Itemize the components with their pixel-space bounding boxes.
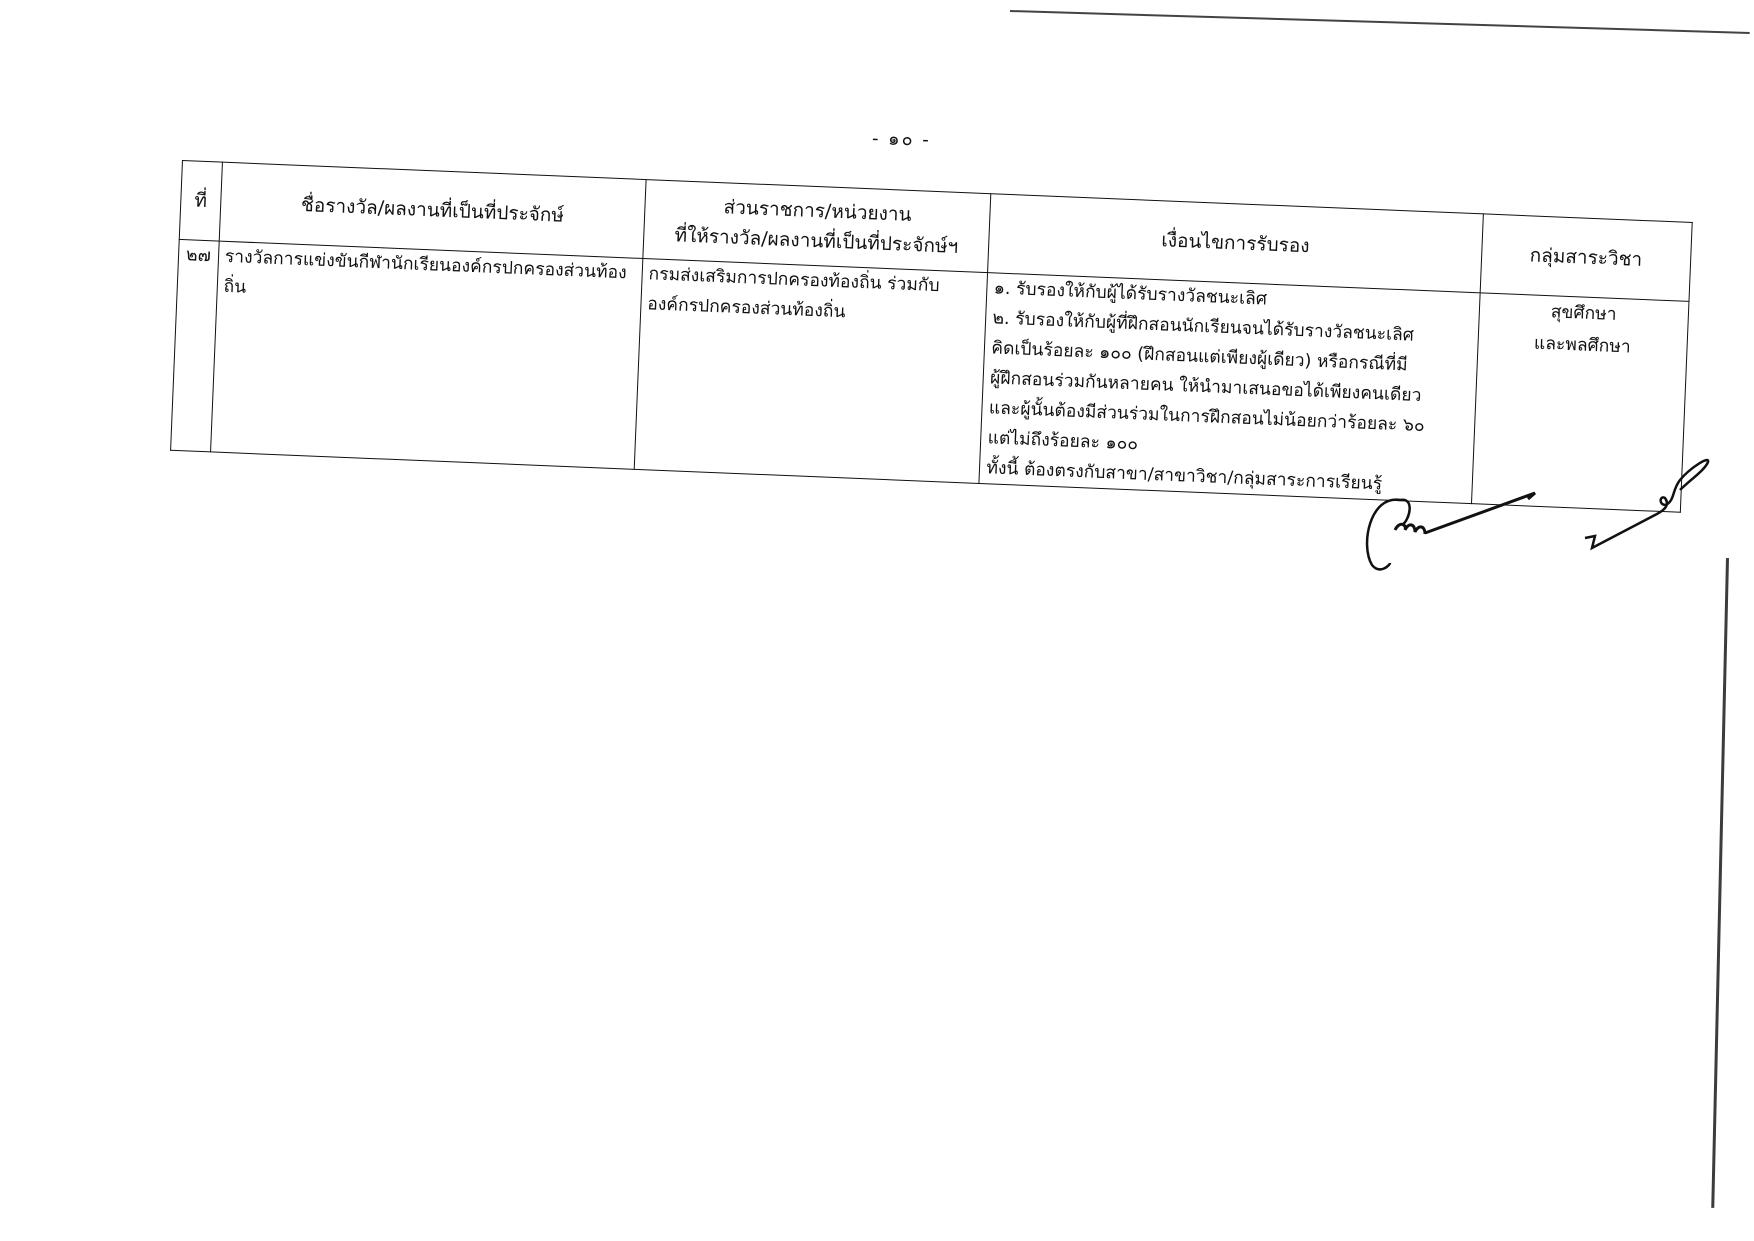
subject-group-line2: และพลศึกษา — [1484, 326, 1682, 366]
criteria-table-container: ที่ ชื่อรางวัล/ผลงานที่เป็นที่ประจักษ์ ส… — [170, 160, 1693, 513]
cell-conditions: ๑. รับรองให้กับผู้ได้รับรางวัลชนะเลิศ ๒.… — [979, 273, 1479, 504]
header-subject-group: กลุ่มสาระวิชา — [1480, 214, 1693, 302]
cell-award-name: รางวัลการแข่งขันกีฬานักเรียนองค์กรปกครอง… — [210, 241, 642, 469]
signature-1-icon — [1360, 485, 1550, 575]
page-number: - ๑๐ - — [872, 123, 932, 154]
scan-edge-right — [1711, 558, 1729, 1208]
cell-organization: กรมส่งเสริมการปกครองท้องถิ่น ร่วมกับองค์… — [634, 258, 988, 483]
header-organization: ส่วนราชการ/หน่วยงาน ที่ให้รางวัล/ผลงานที… — [643, 180, 991, 273]
criteria-table: ที่ ชื่อรางวัล/ผลงานที่เป็นที่ประจักษ์ ส… — [170, 160, 1693, 513]
signature-2-icon — [1580, 450, 1720, 560]
header-no: ที่ — [179, 161, 222, 242]
scan-edge-top — [1010, 10, 1750, 34]
